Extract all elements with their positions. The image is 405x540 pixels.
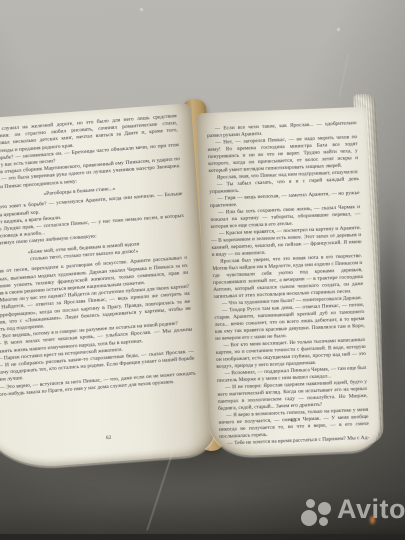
- reflection-speck: [370, 516, 375, 524]
- page-number-left: 62: [27, 429, 190, 447]
- paragraph: Ярослав был уверен, что это новая нота в…: [212, 253, 364, 301]
- page-right-text: — Если все чехи такие, как Ярослав... — …: [207, 120, 370, 448]
- avito-logo-circle-icon: [306, 499, 315, 508]
- avito-logo-circle-icon: [319, 517, 328, 526]
- avito-logo-circle-icon: [318, 502, 331, 515]
- book-page-left: Даржан служил на железной дороге, но это…: [0, 103, 217, 471]
- book-photo: Даржан служил на железной дороге, но это…: [0, 0, 405, 540]
- paragraph: — Теодор Руссо там как дома, — отвечал П…: [214, 302, 365, 343]
- avito-logo-circle-icon: [301, 510, 317, 526]
- wall-speck: [337, 28, 340, 31]
- book-page-right: — Если все чехи такие, как Ярослав... — …: [196, 107, 380, 458]
- wall-speck: [140, 8, 143, 11]
- avito-watermark: Avito: [293, 495, 405, 537]
- page-left-text: Даржан служил на железной дороге, но это…: [0, 113, 196, 399]
- paragraph: — Нет, — загорелся Пинкас, — не надо мер…: [207, 134, 358, 175]
